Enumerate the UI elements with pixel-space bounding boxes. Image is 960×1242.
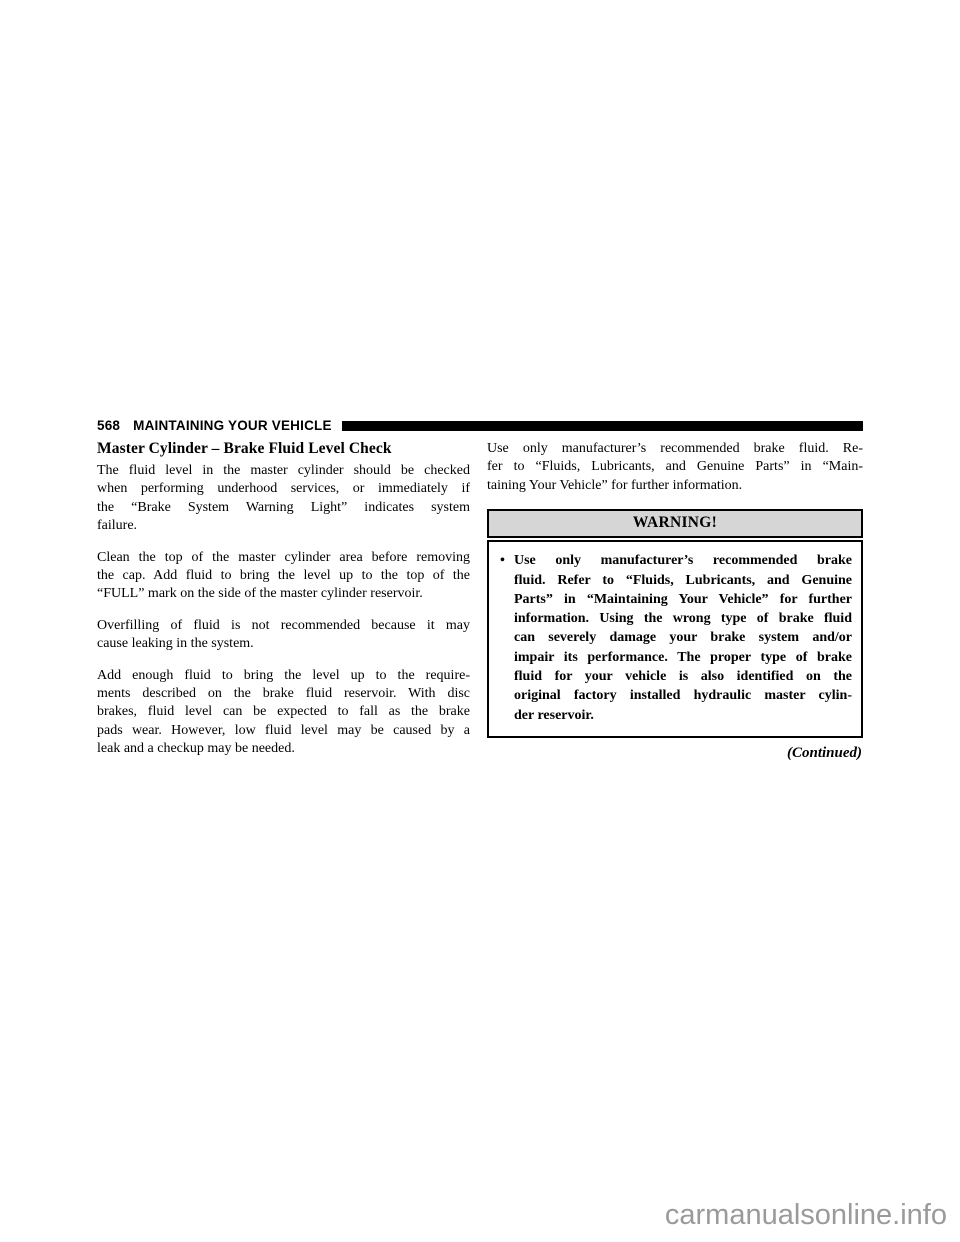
text-line: information. Using the wrong type of bra… xyxy=(514,609,852,628)
text-line: leak and a checkup may be needed. xyxy=(97,740,470,758)
header-title: MAINTAINING YOUR VEHICLE xyxy=(133,418,332,433)
watermark: carmanualsonline.info xyxy=(665,1199,947,1232)
text-line: The fluid level in the master cylinder s… xyxy=(97,462,470,480)
warning-box: WARNING! • Use only manufacturer’s recom… xyxy=(487,509,863,738)
text-line: Clean the top of the master cylinder are… xyxy=(97,549,470,567)
header-rule-bar xyxy=(342,421,863,431)
manual-page-content: 568 MAINTAINING YOUR VEHICLE Master Cyli… xyxy=(97,418,863,772)
paragraph: Clean the top of the master cylinder are… xyxy=(97,549,470,604)
bullet-icon: • xyxy=(500,551,505,570)
text-line: the cap. Add fluid to bring the level up… xyxy=(97,567,470,585)
paragraph: Add enough fluid to bring the level up t… xyxy=(97,667,470,759)
warning-body: • Use only manufacturer’s recommended br… xyxy=(487,540,863,738)
text-line: Use only manufacturer’s recommended brak… xyxy=(487,440,863,458)
text-line: taining Your Vehicle” for further inform… xyxy=(487,477,863,495)
text-line: original factory installed hydraulic mas… xyxy=(514,686,852,705)
text-line: the “Brake System Warning Light” indicat… xyxy=(97,499,470,517)
continued-note: (Continued) xyxy=(487,745,863,762)
left-column-paragraphs: The fluid level in the master cylinder s… xyxy=(97,462,470,759)
text-line: Overfilling of fluid is not recommended … xyxy=(97,617,470,635)
text-line: Parts” in “Maintaining Your Vehicle” for… xyxy=(514,590,852,609)
running-header: 568 MAINTAINING YOUR VEHICLE xyxy=(97,418,863,433)
text-line: Use only manufacturer’s recommended brak… xyxy=(514,551,852,570)
text-line: failure. xyxy=(97,517,470,535)
text-line: “FULL” mark on the side of the master cy… xyxy=(97,585,470,603)
text-line: fluid for your vehicle is also identifie… xyxy=(514,667,852,686)
right-column: Use only manufacturer’s recommended brak… xyxy=(487,440,863,772)
text-line: fluid. Refer to “Fluids, Lubricants, and… xyxy=(514,571,852,590)
warning-bullet-item: • Use only manufacturer’s recommended br… xyxy=(497,551,852,725)
text-line: can severely damage your brake system an… xyxy=(514,628,852,647)
text-line: der reservoir. xyxy=(514,706,852,725)
text-line: when performing underhood services, or i… xyxy=(97,480,470,498)
text-line: Add enough fluid to bring the level up t… xyxy=(97,667,470,685)
text-line: brakes, fluid level can be expected to f… xyxy=(97,703,470,721)
paragraph: The fluid level in the master cylinder s… xyxy=(97,462,470,536)
page-number: 568 xyxy=(97,418,120,433)
text-line: fer to “Fluids, Lubricants, and Genuine … xyxy=(487,458,863,476)
text-line: pads wear. However, low fluid level may … xyxy=(97,722,470,740)
text-line: cause leaking in the system. xyxy=(97,635,470,653)
section-heading: Master Cylinder – Brake Fluid Level Chec… xyxy=(97,440,470,458)
text-line: impair its performance. The proper type … xyxy=(514,648,852,667)
left-column: Master Cylinder – Brake Fluid Level Chec… xyxy=(97,440,470,772)
warning-title: WARNING! xyxy=(487,509,863,538)
two-column-layout: Master Cylinder – Brake Fluid Level Chec… xyxy=(97,440,863,772)
warning-bullet-text: Use only manufacturer’s recommended brak… xyxy=(514,551,852,725)
paragraph: Overfilling of fluid is not recommended … xyxy=(97,617,470,654)
intro-paragraph: Use only manufacturer’s recommended brak… xyxy=(487,440,863,495)
text-line: ments described on the brake fluid reser… xyxy=(97,685,470,703)
